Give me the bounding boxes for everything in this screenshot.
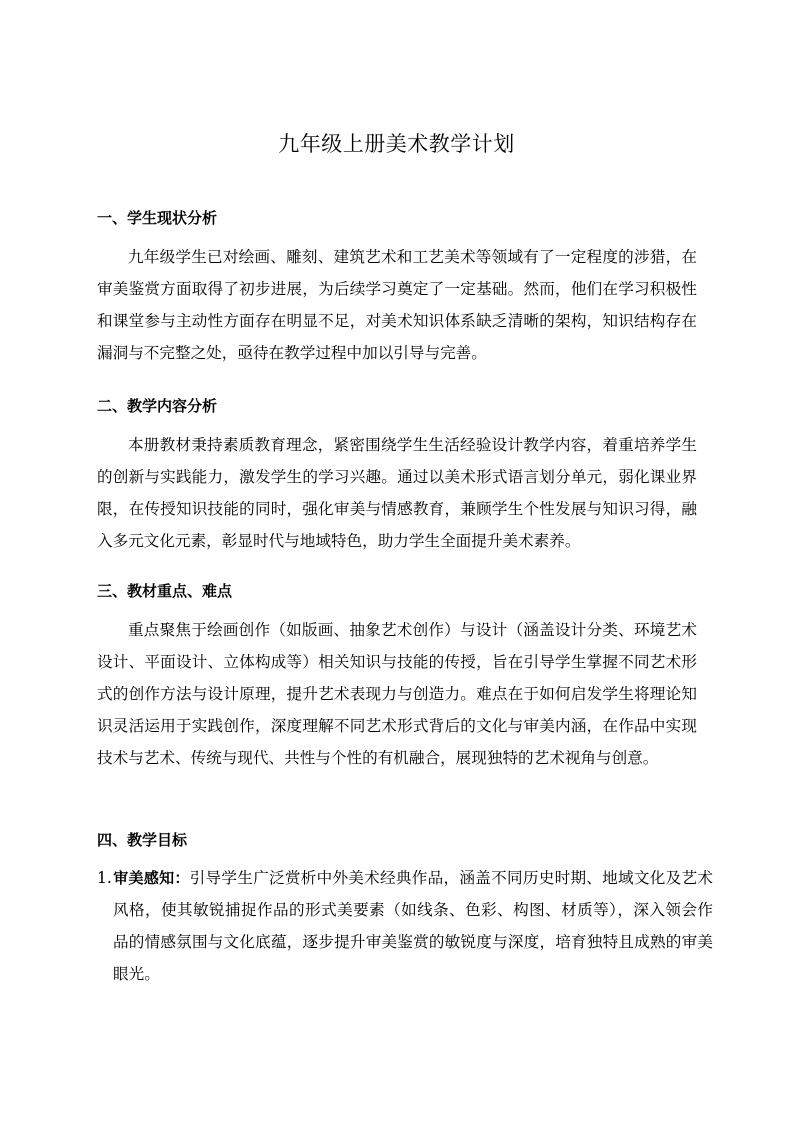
section-body-content-analysis: 本册教材秉持素质教育理念，紧密围绕学生生活经验设计教学内容，着重培养学生的创新与… [97, 429, 697, 557]
section-heading-key-points: 三、教材重点、难点 [97, 580, 232, 601]
document-page: 九年级上册美术教学计划 一、学生现状分析 九年级学生已对绘画、雕刻、建筑艺术和工… [0, 0, 793, 1122]
goal-number: 1. [97, 862, 113, 894]
goal-list-item: 1.审美感知：引导学生广泛赏析中外美术经典作品，涵盖不同历史时期、地域文化及艺术… [97, 862, 713, 990]
goal-term: 审美感知： [113, 869, 190, 887]
section-body-student-analysis: 九年级学生已对绘画、雕刻、建筑艺术和工艺美术等领域有了一定程度的涉猎，在审美鉴赏… [97, 241, 697, 369]
section-heading-teaching-goals: 四、教学目标 [97, 829, 187, 850]
section-heading-student-analysis: 一、学生现状分析 [97, 207, 217, 228]
section-body-key-points: 重点聚焦于绘画创作（如版画、抽象艺术创作）与设计（涵盖设计分类、环境艺术设计、平… [97, 614, 697, 774]
goal-text: 引导学生广泛赏析中外美术经典作品，涵盖不同历史时期、地域文化及艺术风格，使其敏锐… [113, 869, 713, 983]
section-heading-content-analysis: 二、教学内容分析 [97, 395, 217, 416]
document-title: 九年级上册美术教学计划 [0, 128, 793, 158]
